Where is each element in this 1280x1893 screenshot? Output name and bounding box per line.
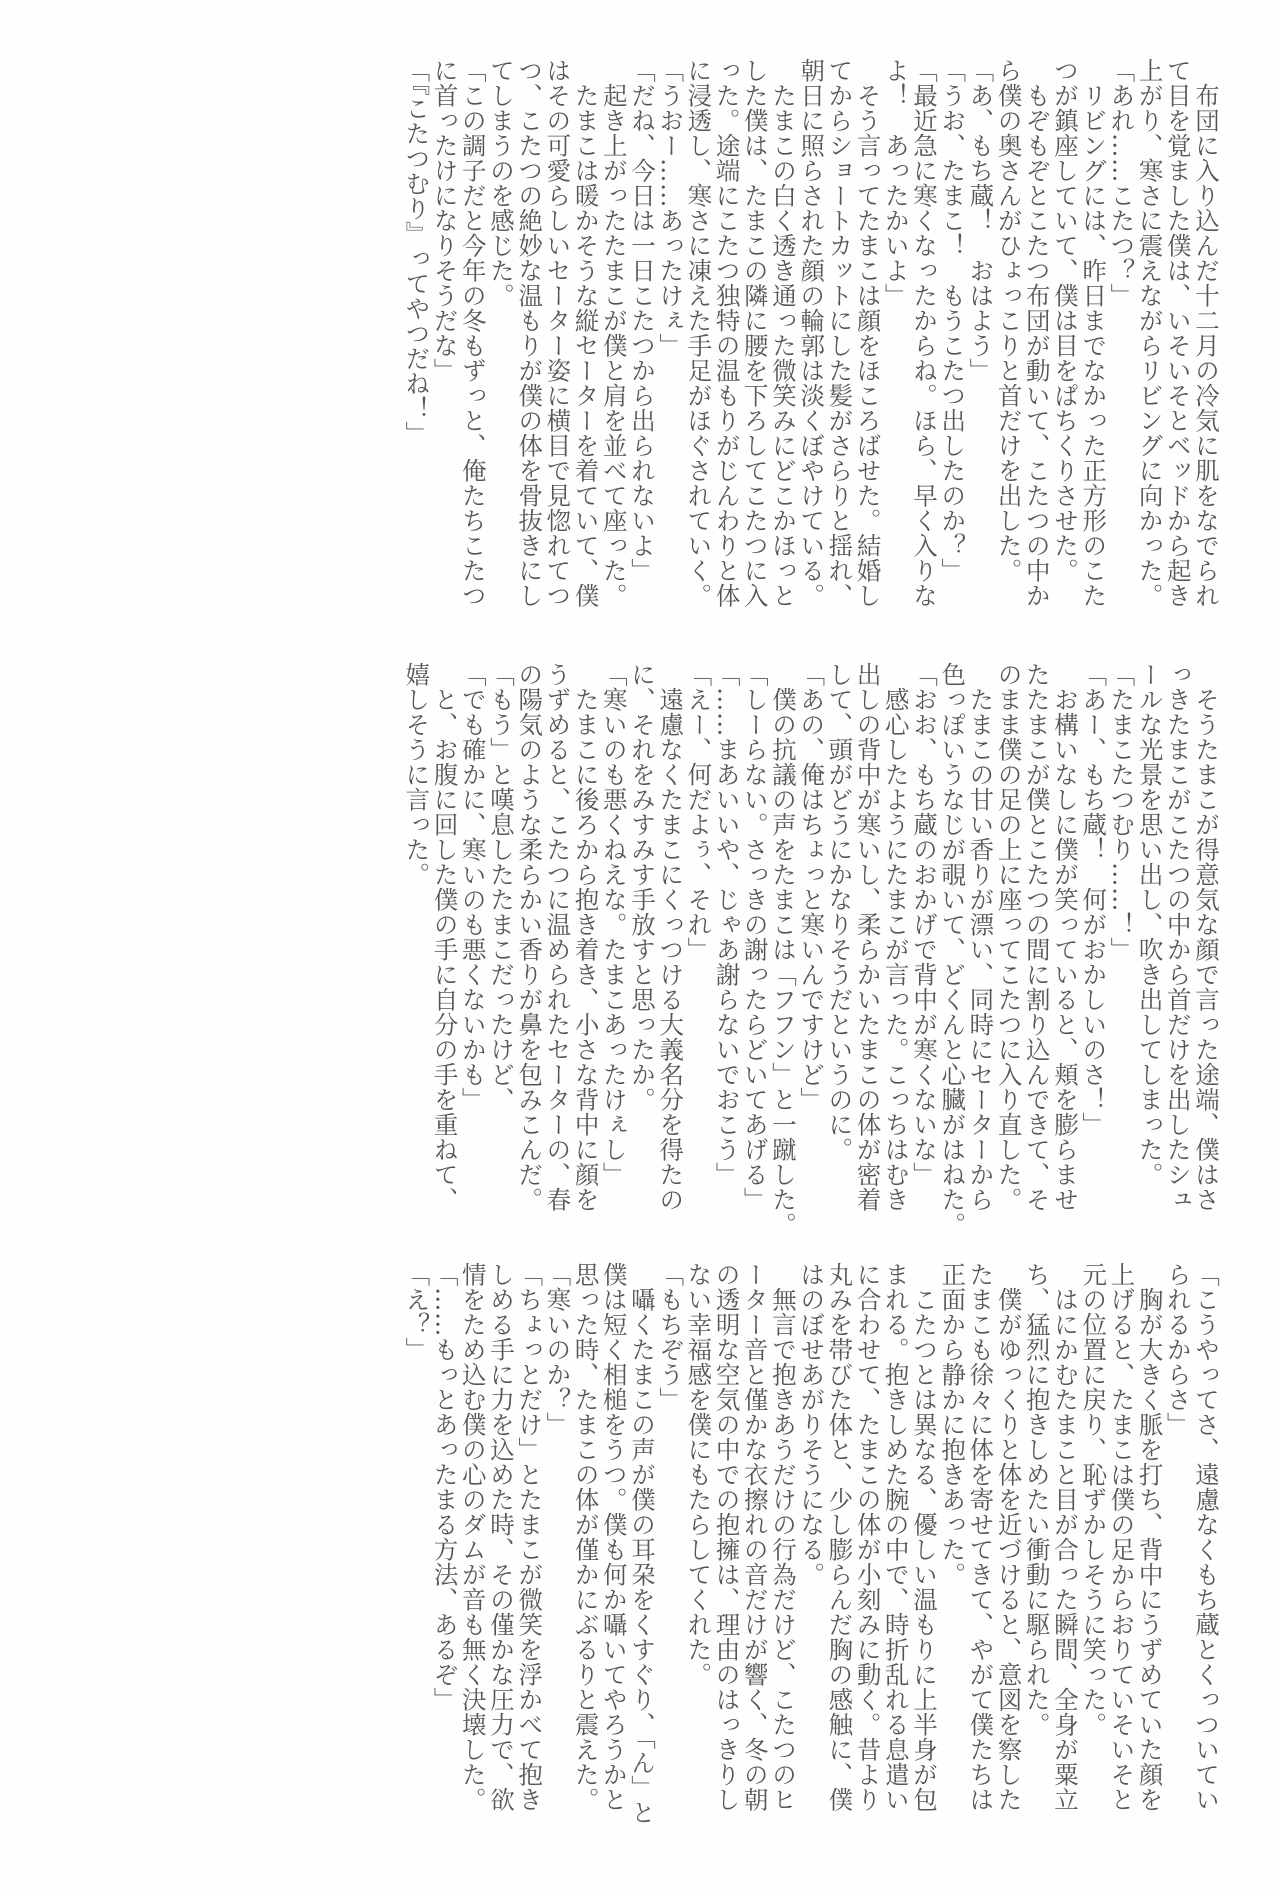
text-column: 「うお、たまこ！ もうこたつ出したのか？」 <box>938 58 966 658</box>
text-column: たまこに後ろから抱き着き、小さな背中に顔を <box>572 662 600 1262</box>
text-column: 感心したようにたまこが言った。こっちはむき <box>882 662 910 1262</box>
text-column: 色っぽいうなじが覗いて、どくんと心臓がはねた。 <box>938 662 966 1262</box>
text-column: 「あ、もち蔵！ おはよう」 <box>966 58 994 658</box>
text-tier-top: 布団に入り込んだ十二月の冷気に肌をなでられて目を覚ました僕は、いそいそとベッドか… <box>60 58 1220 638</box>
text-column: 「でも確かに、寒いのも悪くないかも」 <box>459 662 487 1262</box>
text-column: 「……もっとあったまる方法、あるぞ」 <box>431 1262 459 1862</box>
text-column: 朝日に照らされた顔の輪郭は淡くぼやけている。 <box>797 58 825 658</box>
text-column: そう言ってたまこは顔をほころばせた。結婚し <box>854 58 882 658</box>
text-column: 「最近急に寒くなったからね。ほら、早く入りな <box>910 58 938 658</box>
book-page: 布団に入り込んだ十二月の冷気に肌をなでられて目を覚ました僕は、いそいそとベッドか… <box>0 0 1280 1893</box>
text-column: そうたまこが得意気な顔で言った途端、僕はさ <box>1192 662 1220 1262</box>
text-column: 正面から静かに抱きあった。 <box>938 1262 966 1862</box>
text-column: 「しーらない。さっきの謝ったらどいてあげる」 <box>741 662 769 1262</box>
text-column: して、頭がどうにかなりそうだというのに。 <box>825 662 853 1262</box>
text-column: と、お腹に回した僕の手に自分の手を重ねて、 <box>431 662 459 1262</box>
text-column: ち、猛烈に抱きしめたい衝動に駆られた。 <box>1023 1262 1051 1862</box>
text-column: 「えー、何だよぅ、それ」 <box>684 662 712 1262</box>
text-column: 「……まあいいや、じゃあ謝らないでおこう」 <box>713 662 741 1262</box>
text-column: 元の位置に戻り、恥ずかしそうに笑った。 <box>1079 1262 1107 1862</box>
text-column: 起き上がったたまこが僕と肩を並べて座った。 <box>600 58 628 658</box>
text-column: 「ちょっとだけ」とたまこが微笑を浮かべて抱き <box>515 1262 543 1862</box>
text-column: たまこの白く透き通った微笑みにどこかほっと <box>769 58 797 658</box>
text-column: に合わせて、たまこの体が小刻みに動く。昔より <box>854 1262 882 1862</box>
text-column: 僕は短く相槌をうつ。僕も何か囁いてやろうかと <box>600 1262 628 1862</box>
text-column: こたつとは異なる、優しい温もりに上半身が包 <box>910 1262 938 1862</box>
text-column: 思った時、たまこの体が僅かにぶるりと震えた。 <box>572 1262 600 1862</box>
text-column: てからショートカットにした髪がさらりと揺れ、 <box>825 58 853 658</box>
text-column: 胸が大きく脈を打ち、背中にうずめていた顔を <box>1136 1262 1164 1862</box>
text-column: に首ったけになりそうだな」 <box>431 58 459 658</box>
text-column: つが鎮座していて、僕は目をぱちくりさせた。 <box>1051 58 1079 658</box>
text-column: っきたまこがこたつの中から首だけを出したシュ <box>1164 662 1192 1262</box>
text-column: 出しの背中が寒いし、柔らかいたまこの体が密着 <box>854 662 882 1262</box>
text-column: まれる。抱きしめた腕の中で、時折乱れる息遣い <box>882 1262 910 1862</box>
text-column: て目を覚ました僕は、いそいそとベッドから起き <box>1164 58 1192 658</box>
text-column: 上げると、たまこは僕の足からおりていそいそと <box>1107 1262 1135 1862</box>
text-column: 遠慮なくたまこにくっつける大義名分を得たの <box>656 662 684 1262</box>
text-column: 上がり、寒さに震えながらリビングに向かった。 <box>1136 58 1164 658</box>
text-column: たたまこが僕とこたつの間に割り込んできて、そ <box>1023 662 1051 1262</box>
text-column: 僕の抗議の声をたまこは「フフン」と一蹴した。 <box>769 662 797 1262</box>
text-column: 無言で抱きあうだけの行為だけど、こたつのヒ <box>769 1262 797 1862</box>
text-column: 「あー、もち蔵！ 何がおかしいのさ！」 <box>1079 662 1107 1262</box>
text-column: 「あの、俺はちょっと寒いんですけど」 <box>797 662 825 1262</box>
text-column: の陽気のような柔らかい香りが鼻を包みこんだ。 <box>515 662 543 1262</box>
text-column: てしまうのを感じた。 <box>487 58 515 658</box>
text-column: うずめると、こたつに温められたセーターの、春 <box>543 662 571 1262</box>
text-column: 情をため込む僕の心のダムが音も無く決壊した。 <box>459 1262 487 1862</box>
text-column: 「だね、今日は一日こたつから出られないよ」 <box>628 58 656 658</box>
text-column: たまこの甘い香りが漂い、同時にセーターから <box>966 662 994 1262</box>
text-column: した僕は、たまこの隣に腰を下ろしてこたつに入 <box>741 58 769 658</box>
text-column: 「寒いのも悪くねえな。たまこあったけぇし」 <box>600 662 628 1262</box>
text-column: ーター音と僅かな衣擦れの音だけが響く、冬の朝 <box>741 1262 769 1862</box>
text-column: よ！ あったかいよ」 <box>882 58 910 658</box>
text-column: はのぼせあがりそうになる。 <box>797 1262 825 1862</box>
text-column: った。途端にこたつ独特の温もりがじんわりと体 <box>713 58 741 658</box>
text-column: はにかむたまこと目が合った瞬間、全身が粟立 <box>1051 1262 1079 1862</box>
text-column: 丸みを帯びた体と、少し膨らんだ胸の感触に、僕 <box>825 1262 853 1862</box>
text-column: 囁くたまこの声が僕の耳朶をくすぐり、「ん」と <box>628 1262 656 1862</box>
text-column: に、それをみすみす手放すと思ったか。 <box>628 662 656 1262</box>
text-column: 僕がゆっくりと体を近づけると、意図を察した <box>995 1262 1023 1862</box>
text-column: ら僕の奥さんがひょっこりと首だけを出した。 <box>995 58 1023 658</box>
text-tier-middle: そうたまこが得意気な顔で言った途端、僕はさっきたまこがこたつの中から首だけを出し… <box>60 662 1220 1242</box>
text-column: たまこも徐々に体を寄せてきて、やがて僕たちは <box>966 1262 994 1862</box>
text-column: 「もう」と嘆息したたまこだったけど、 <box>487 662 515 1262</box>
text-column: 「こうやってさ、遠慮なくもち蔵とくっついてい <box>1192 1262 1220 1862</box>
text-column: 「おお、もち蔵のおかげで背中が寒くないな」 <box>910 662 938 1262</box>
text-column: ールな光景を思い出し、吹き出してしまった。 <box>1136 662 1164 1262</box>
text-column: しめる手に力を込めた時、その僅かな圧力で、欲 <box>487 1262 515 1862</box>
text-column: に浸透し、寒さに凍えた手足がほぐされていく。 <box>684 58 712 658</box>
text-column: 「うおー……あったけぇ」 <box>656 58 684 658</box>
text-column: 「あれ……こたつ？」 <box>1107 58 1135 658</box>
text-column: 布団に入り込んだ十二月の冷気に肌をなでられ <box>1192 58 1220 658</box>
text-column: の透明な空気の中での抱擁は、理由のはっきりし <box>713 1262 741 1862</box>
text-column: 「『こたつむり』ってやつだね！」 <box>402 58 430 658</box>
text-column: つ、こたつの絶妙な温もりが僕の体を骨抜きにし <box>515 58 543 658</box>
text-column: 「たまこたつむり……！」 <box>1107 662 1135 1262</box>
text-column: 「この調子だと今年の冬もずっと、俺たちこたつ <box>459 58 487 658</box>
text-column: もぞもぞとこたつ布団が動いて、こたつの中か <box>1023 58 1051 658</box>
text-column: 「え？」 <box>402 1262 430 1862</box>
text-column: たまこは暖かそうな縦セーターを着ていて、僕 <box>572 58 600 658</box>
text-column: 「寒いのか？」 <box>543 1262 571 1862</box>
text-column: ない幸福感を僕にもたらしてくれた。 <box>684 1262 712 1862</box>
text-column: 「もちぞう」 <box>656 1262 684 1862</box>
text-column: のまま僕の足の上に座ってこたつに入り直した。 <box>995 662 1023 1262</box>
text-column: リビングには、昨日までなかった正方形のこた <box>1079 58 1107 658</box>
text-column: られるからさ」 <box>1164 1262 1192 1862</box>
text-column: 嬉しそうに言った。 <box>402 662 430 1262</box>
text-column: はその可愛らしいセーター姿に横目で見惚れてつ <box>543 58 571 658</box>
text-tier-bottom: 「こうやってさ、遠慮なくもち蔵とくっついていられるからさ」 胸が大きく脈を打ち、… <box>60 1262 1220 1842</box>
text-column: お構いなしに僕が笑っていると、頬を膨らませ <box>1051 662 1079 1262</box>
